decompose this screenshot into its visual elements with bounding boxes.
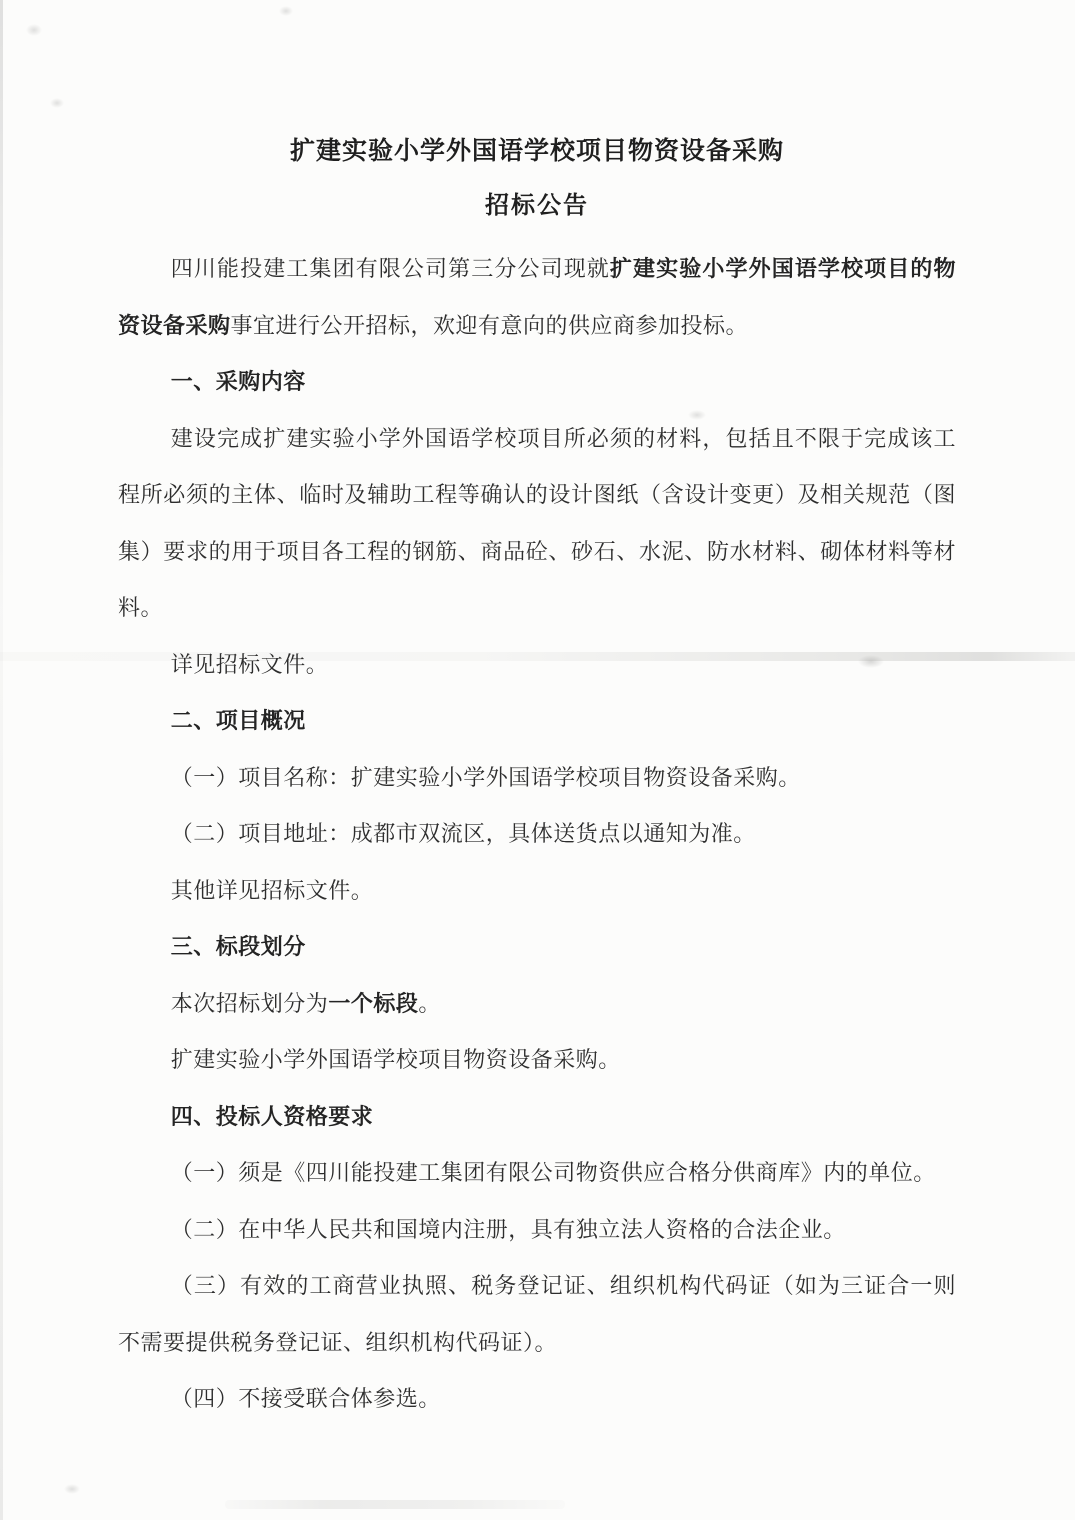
- text-run: 三、标段划分: [171, 934, 306, 959]
- section-heading: 三、标段划分: [118, 919, 956, 976]
- document-title: 扩建实验小学外国语学校项目物资设备采购: [118, 0, 956, 168]
- text-run: （二）在中华人民共和国境内注册，具有独立法人资格的合法企业。: [171, 1217, 846, 1242]
- scan-streak-artifact: [225, 1500, 565, 1509]
- text-run: 。: [418, 991, 441, 1016]
- paragraph: 详见招标文件。: [118, 637, 956, 694]
- paragraph: （二）在中华人民共和国境内注册，具有独立法人资格的合法企业。: [118, 1202, 956, 1259]
- document-body: 四川能投建工集团有限公司第三分公司现就扩建实验小学外国语学校项目的物资设备采购事…: [118, 241, 956, 1428]
- text-run: （一）项目名称：扩建实验小学外国语学校项目物资设备采购。: [171, 765, 801, 790]
- paragraph: 建设完成扩建实验小学外国语学校项目所必须的材料，包括且不限于完成该工程所必须的主…: [118, 411, 956, 637]
- document-content: 扩建实验小学外国语学校项目物资设备采购 招标公告 四川能投建工集团有限公司第三分…: [118, 0, 956, 1428]
- text-run: 二、项目概况: [171, 708, 306, 733]
- scan-smudge: [64, 1484, 80, 1494]
- paragraph: 扩建实验小学外国语学校项目物资设备采购。: [118, 1032, 956, 1089]
- text-run: （二）项目地址：成都市双流区，具体送货点以通知为准。: [171, 821, 756, 846]
- section-heading: 二、项目概况: [118, 693, 956, 750]
- text-run: 扩建实验小学外国语学校项目物资设备采购。: [171, 1047, 621, 1072]
- text-run: 建设完成扩建实验小学外国语学校项目所必须的材料，包括且不限于完成该工程所必须的主…: [118, 426, 956, 621]
- section-heading: 一、采购内容: [118, 354, 956, 411]
- paragraph: 本次招标划分为一个标段。: [118, 976, 956, 1033]
- scan-edge-artifact: [0, 0, 3, 1520]
- section-heading: 四、投标人资格要求: [118, 1089, 956, 1146]
- scanned-document-page: 扩建实验小学外国语学校项目物资设备采购 招标公告 四川能投建工集团有限公司第三分…: [0, 0, 1075, 1520]
- text-run: （三）有效的工商营业执照、税务登记证、组织机构代码证（如为三证合一则不需要提供税…: [118, 1273, 956, 1355]
- text-run: （四）不接受联合体参选。: [171, 1386, 441, 1411]
- text-run: 其他详见招标文件。: [171, 878, 374, 903]
- text-run: （一）须是《四川能投建工集团有限公司物资供应合格分供商库》内的单位。: [171, 1160, 936, 1185]
- paragraph: （一）项目名称：扩建实验小学外国语学校项目物资设备采购。: [118, 750, 956, 807]
- paragraph: （四）不接受联合体参选。: [118, 1371, 956, 1428]
- paragraph: 其他详见招标文件。: [118, 863, 956, 920]
- scan-smudge: [50, 98, 64, 108]
- text-run: 四川能投建工集团有限公司第三分公司现就: [171, 256, 610, 281]
- text-run: 事宜进行公开招标，欢迎有意向的供应商参加投标。: [231, 313, 749, 338]
- scan-smudge: [26, 24, 42, 36]
- paragraph: （一）须是《四川能投建工集团有限公司物资供应合格分供商库》内的单位。: [118, 1145, 956, 1202]
- document-subtitle: 招标公告: [118, 189, 956, 223]
- text-run: 详见招标文件。: [171, 652, 329, 677]
- text-run: 一、采购内容: [171, 369, 306, 394]
- text-run: 一个标段: [328, 991, 418, 1016]
- text-run: 本次招标划分为: [171, 991, 329, 1016]
- text-run: 四、投标人资格要求: [171, 1104, 374, 1129]
- paragraph: （二）项目地址：成都市双流区，具体送货点以通知为准。: [118, 806, 956, 863]
- paragraph: （三）有效的工商营业执照、税务登记证、组织机构代码证（如为三证合一则不需要提供税…: [118, 1258, 956, 1371]
- paragraph: 四川能投建工集团有限公司第三分公司现就扩建实验小学外国语学校项目的物资设备采购事…: [118, 241, 956, 354]
